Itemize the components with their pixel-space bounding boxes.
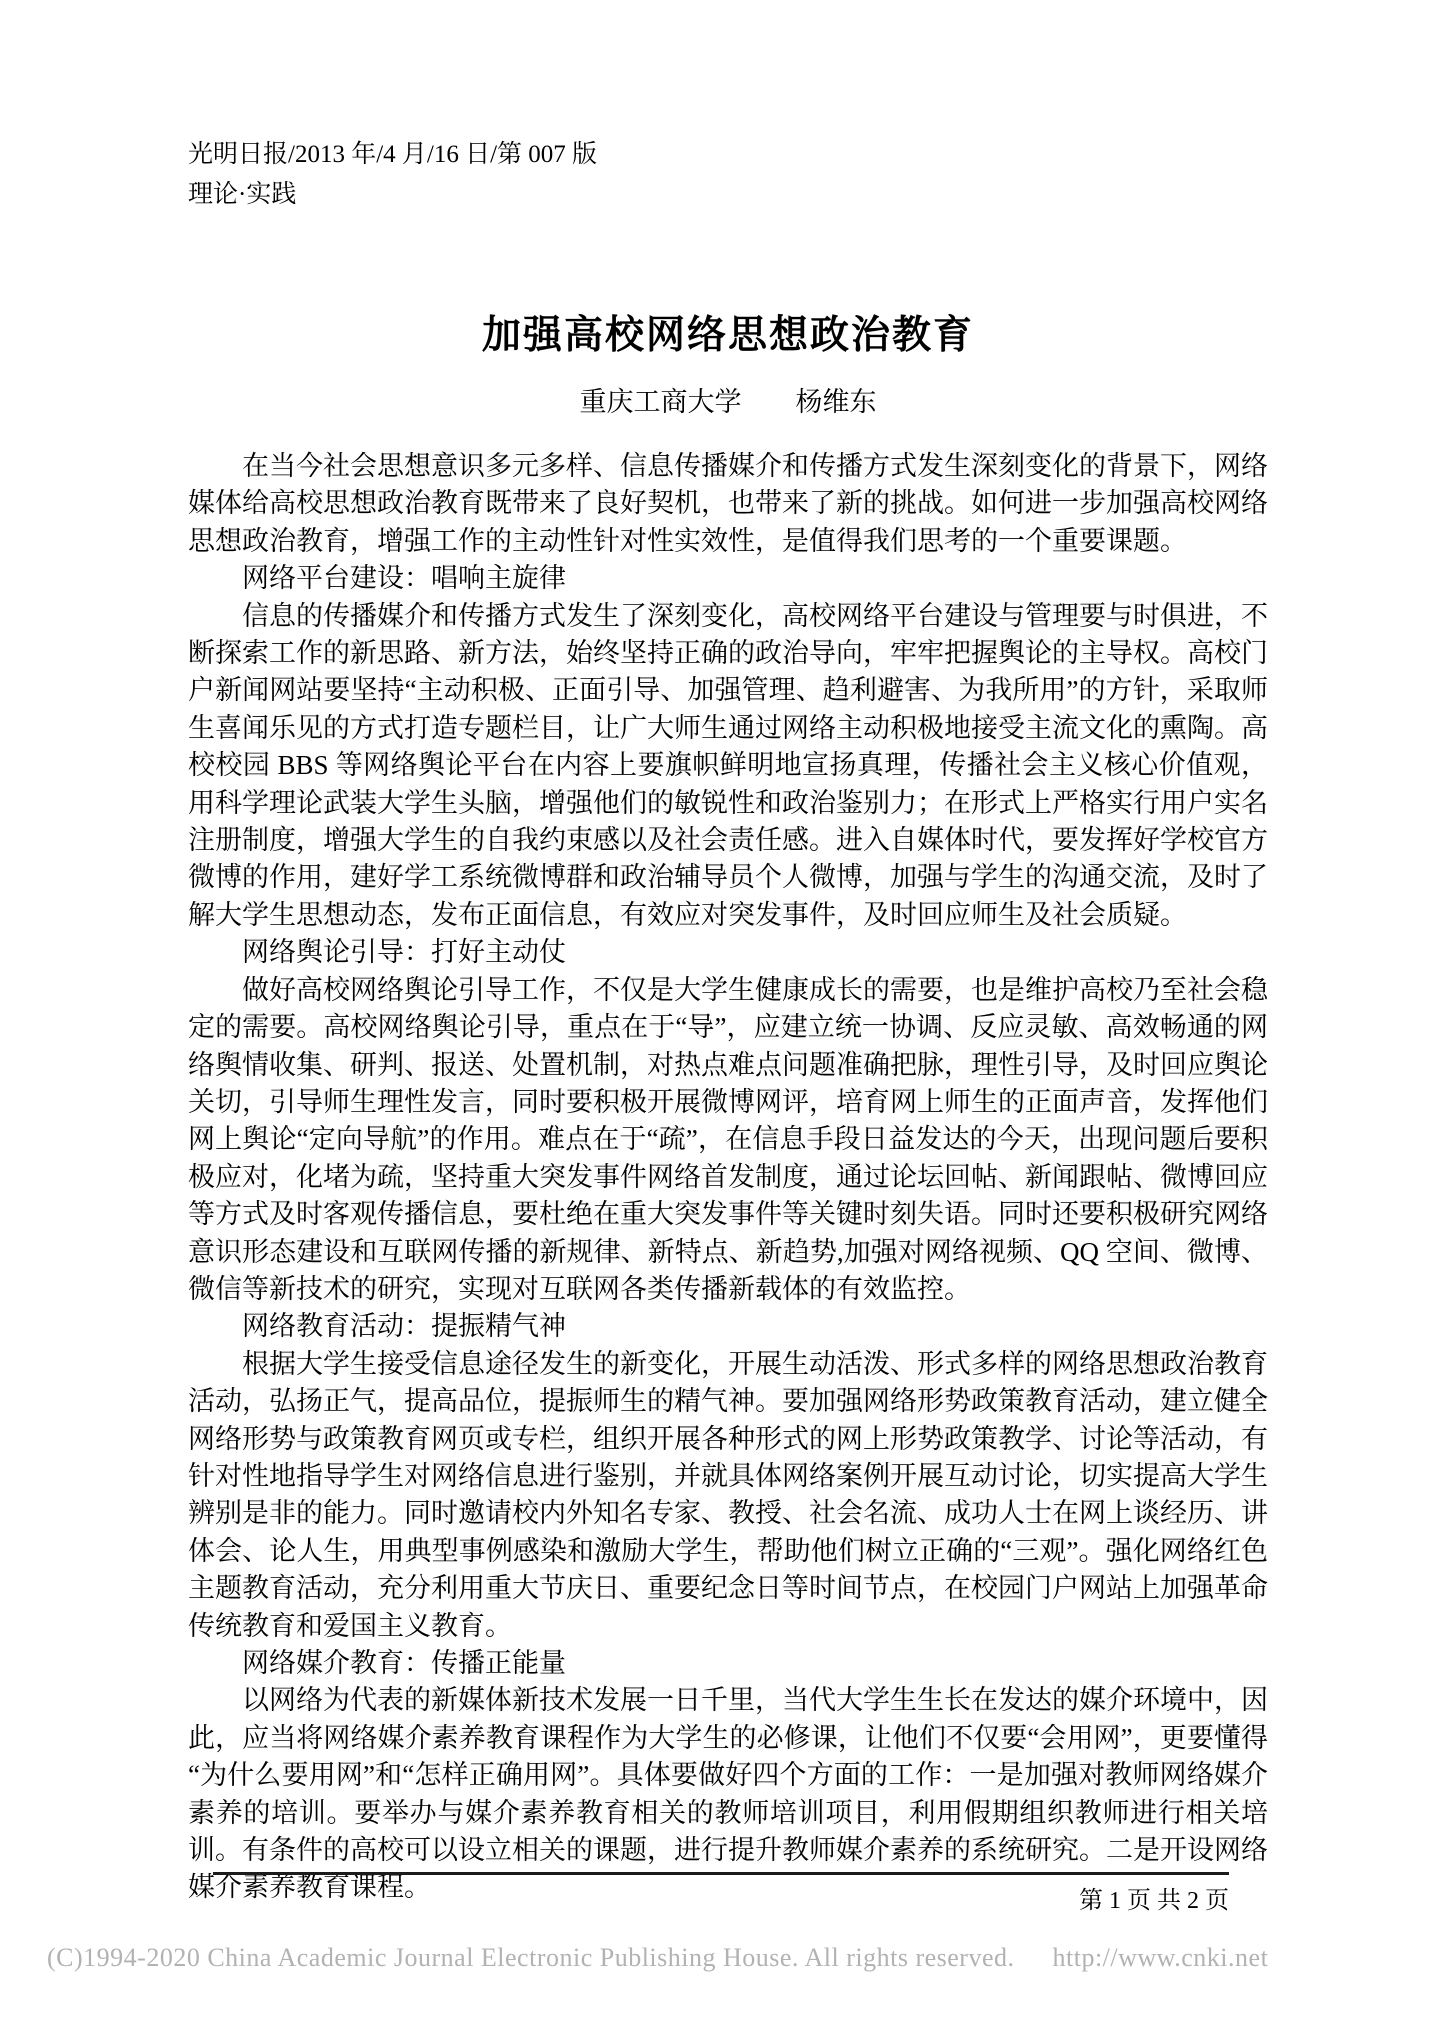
copyright-url: http://www.cnki.net [1053, 1943, 1269, 1972]
page-indicator: 第 1 页 共 2 页 [1079, 1888, 1229, 1914]
copyright-notice: (C)1994-2020 China Academic Journal Elec… [47, 1943, 1015, 1972]
section-line: 理论·实践 [188, 175, 597, 215]
page-footer-rule: 第 1 页 共 2 页 [213, 1872, 1229, 1915]
paragraph: 在当今社会思想意识多元多样、信息传播媒介和传播方式发生深刻变化的背景下，网络媒体… [188, 448, 1268, 560]
section-subheading: 网络平台建设：唱响主旋律 [188, 560, 1268, 597]
section-subheading: 网络媒介教育：传播正能量 [188, 1645, 1268, 1682]
article-byline: 重庆工商大学 杨维东 [188, 380, 1268, 419]
section-subheading: 网络舆论引导：打好主动仗 [188, 934, 1268, 971]
source-line: 光明日报/2013 年/4 月/16 日/第 007 版 [188, 135, 597, 175]
paragraph: 做好高校网络舆论引导工作，不仅是大学生健康成长的需要，也是维护高校乃至社会稳定的… [188, 972, 1268, 1309]
article-body: 在当今社会思想意识多元多样、信息传播媒介和传播方式发生深刻变化的背景下，网络媒体… [188, 448, 1268, 1907]
paragraph: 信息的传播媒介和传播方式发生了深刻变化，高校网络平台建设与管理要与时俱进，不断探… [188, 598, 1268, 935]
paragraph: 根据大学生接受信息途径发生的新变化，开展生动活泼、形式多样的网络思想政治教育活动… [188, 1346, 1268, 1645]
section-subheading: 网络教育活动：提振精气神 [188, 1308, 1268, 1345]
copyright-bar: (C)1994-2020 China Academic Journal Elec… [47, 1943, 1387, 1973]
page-header: 光明日报/2013 年/4 月/16 日/第 007 版 理论·实践 [188, 135, 597, 215]
document-page: { "page": { "source_line": "光明日报/2013 年/… [0, 0, 1437, 2024]
article-title: 加强高校网络思想政治教育 [188, 304, 1268, 360]
